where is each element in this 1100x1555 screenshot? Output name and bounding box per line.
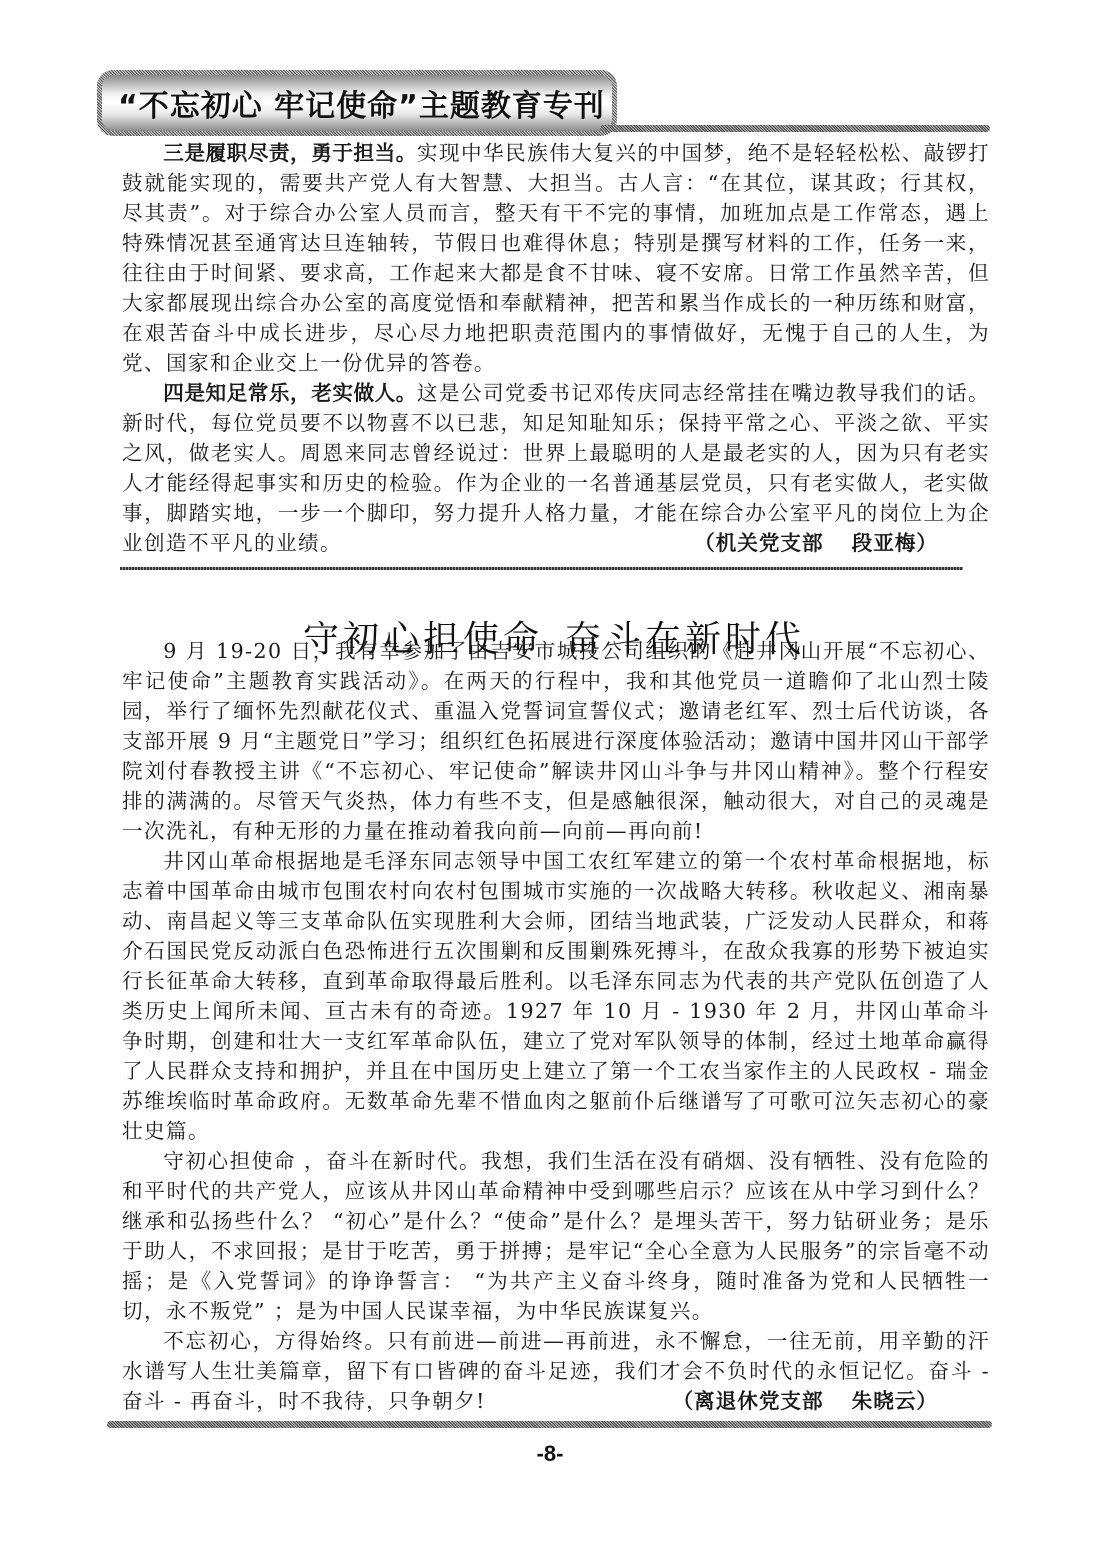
paragraph: 井冈山革命根据地是毛泽东同志领导中国工农红军建立的第一个农村革命根据地，标志着中… (122, 846, 990, 1146)
paragraph-lead: 三是履职尽责，勇于担当。 (163, 141, 417, 165)
article-body: 9 月 19-20 日，我有幸参加了由吉安市城投公司组织的《赴井冈山开展“不忘初… (122, 636, 990, 1416)
paragraph: 四是知足常乐，老实做人。这是公司党委书记邓传庆同志经常挂在嘴边教导我们的话。新时… (122, 378, 990, 558)
header-banner: “不忘初心 牢记使命”主题教育专刊 (97, 70, 617, 136)
author-signature: （离退休党支部朱晓云） (672, 1386, 938, 1416)
author-signature: （机关党支部段亚梅） (694, 528, 938, 558)
page-number: -8- (0, 1441, 1100, 1467)
paragraph: 9 月 19-20 日，我有幸参加了由吉安市城投公司组织的《赴井冈山开展“不忘初… (122, 636, 990, 846)
header-rule (600, 125, 990, 132)
article-continued: 三是履职尽责，勇于担当。实现中华民族伟大复兴的中国梦，绝不是轻轻松松、敲锣打鼓就… (122, 138, 990, 558)
section-divider (120, 567, 963, 570)
footer-rule (107, 1421, 992, 1428)
author-branch: （离退休党支部 (672, 1389, 823, 1413)
paragraph: 三是履职尽责，勇于担当。实现中华民族伟大复兴的中国梦，绝不是轻轻松松、敲锣打鼓就… (122, 138, 990, 378)
author-branch: （机关党支部 (694, 531, 824, 555)
author-name: 朱晓云） (852, 1389, 938, 1413)
paragraph: 守初心担使命 ，奋斗在新时代。我想，我们生活在没有硝烟、没有牺牲、没有危险的和平… (122, 1146, 990, 1326)
paragraph: 不忘初心，方得始终。只有前进—前进—再前进，永不懈怠，一往无前，用辛勤的汗水谱写… (122, 1326, 990, 1416)
paragraph-text: 实现中华民族伟大复兴的中国梦，绝不是轻轻松松、敲锣打鼓就能实现的，需要共产党人有… (122, 141, 990, 375)
paragraph-lead: 四是知足常乐，老实做人。 (163, 381, 417, 405)
publication-title: “不忘初心 牢记使命”主题教育专刊 (118, 81, 605, 125)
author-name: 段亚梅） (852, 531, 938, 555)
header-banner-plate: “不忘初心 牢记使命”主题教育专刊 (102, 75, 612, 131)
